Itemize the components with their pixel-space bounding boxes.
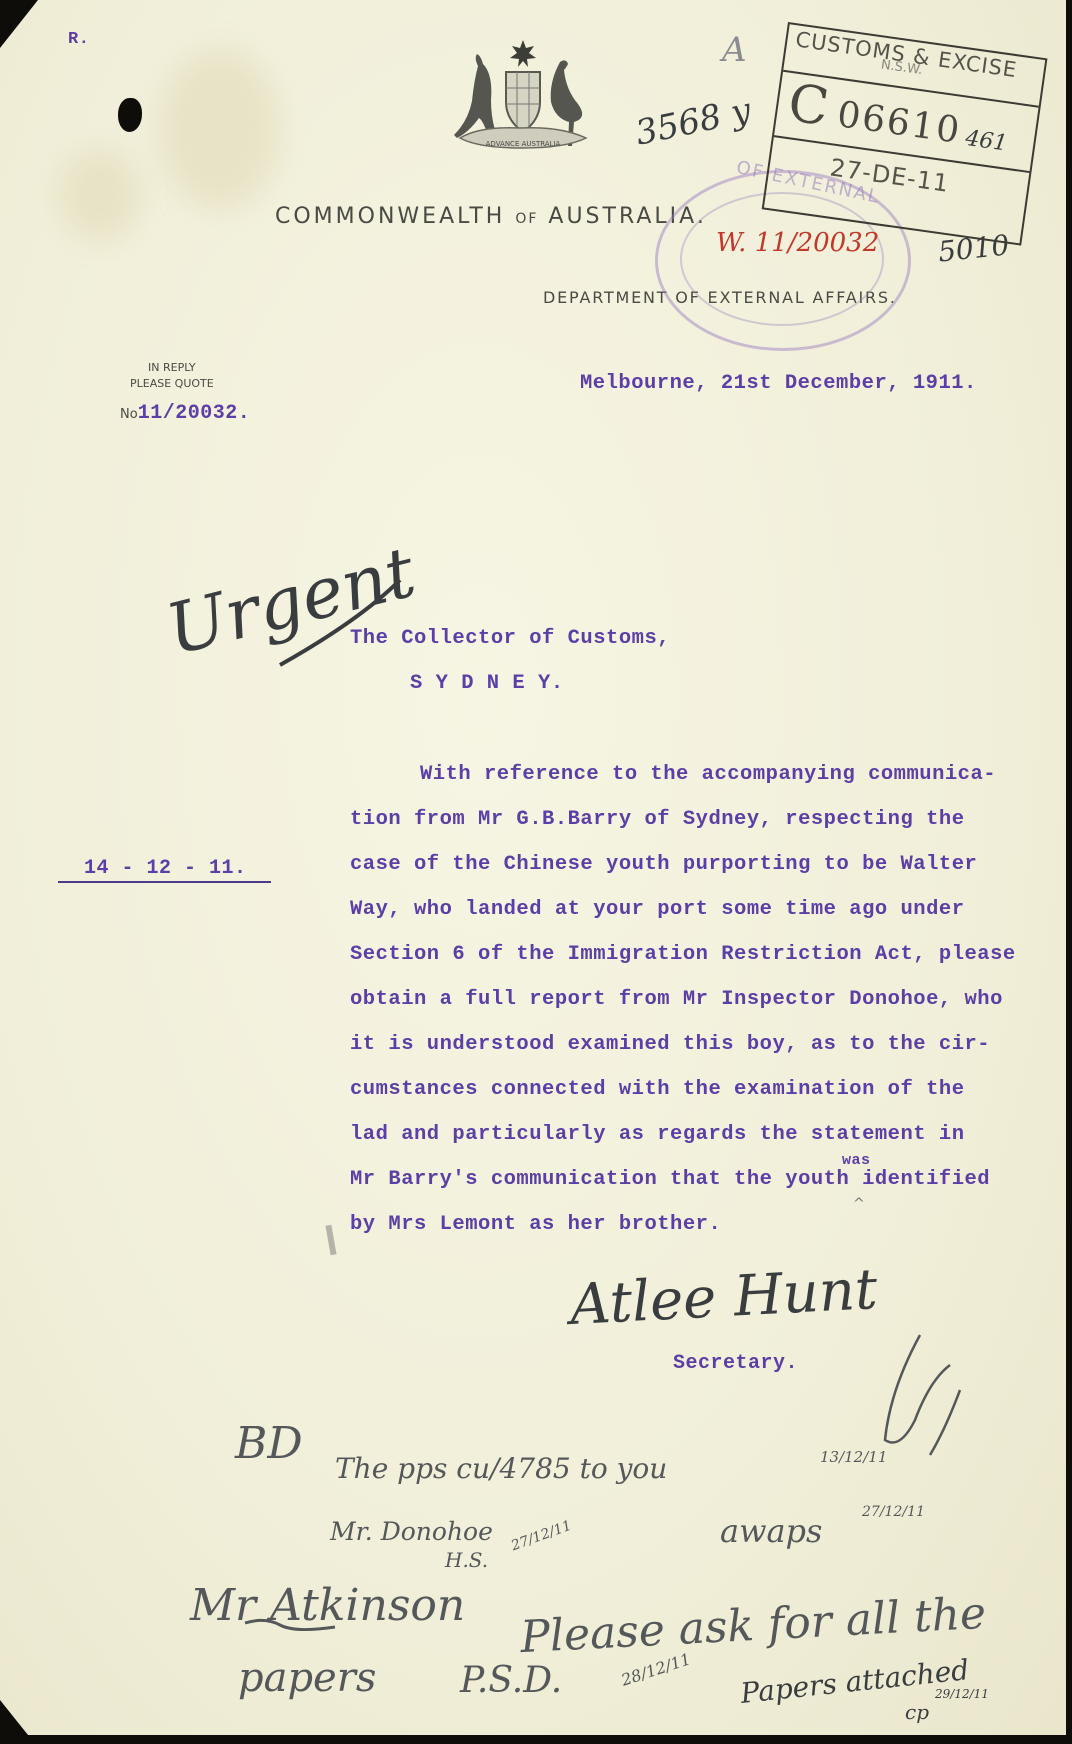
insertion-was: was bbox=[842, 1152, 871, 1169]
body-line: obtain a full report from Mr Inspector D… bbox=[350, 988, 1003, 1011]
reply-label-1: IN REPLY bbox=[148, 361, 196, 374]
note-donohoe: Mr. Donohoe bbox=[330, 1517, 493, 1546]
paper-stain bbox=[60, 150, 140, 240]
atkinson-underline bbox=[240, 1615, 340, 1635]
signatory-title: Secretary. bbox=[673, 1352, 798, 1375]
urgent-underline bbox=[260, 570, 410, 680]
body-line: lad and particularly as regards the stat… bbox=[350, 1123, 965, 1146]
margin-date: 14 - 12 - 11. bbox=[58, 857, 271, 883]
body-line: Section 6 of the Immigration Restriction… bbox=[350, 943, 1016, 966]
body-line: tion from Mr G.B.Barry of Sydney, respec… bbox=[350, 808, 965, 831]
reply-label-2: PLEASE QUOTE bbox=[130, 377, 214, 390]
pencil-mark: A bbox=[722, 30, 747, 70]
note-papers: papers bbox=[238, 1655, 376, 1701]
corner-mark: R. bbox=[68, 30, 89, 49]
body-line: With reference to the accompanying commu… bbox=[420, 763, 996, 786]
svg-text:ADVANCE AUSTRALIA: ADVANCE AUSTRALIA bbox=[486, 140, 561, 148]
paper-stain bbox=[160, 50, 280, 210]
note-awaps: awaps bbox=[720, 1512, 822, 1550]
body-line: by Mrs Lemont as her brother. bbox=[350, 1213, 721, 1236]
body-line: Way, who landed at your port some time a… bbox=[350, 898, 965, 921]
note-pps: The pps cu/4785 to you bbox=[335, 1452, 667, 1485]
body-line: cumstances connected with the examinatio… bbox=[350, 1078, 965, 1101]
red-reference-annotation: W. 11/20032 bbox=[716, 228, 879, 258]
customs-stamp: CUSTOMS & EXCISE N.S.W. C 06610 461 27-D… bbox=[762, 22, 1048, 246]
body-line: case of the Chinese youth purporting to … bbox=[350, 853, 977, 876]
body-line: Mr Barry's communication that the youth … bbox=[350, 1168, 990, 1191]
reply-quote-number: No11/20032. bbox=[120, 402, 250, 425]
addressee-line-2: S Y D N E Y. bbox=[410, 672, 564, 695]
letterhead-commonwealth: COMMONWEALTH OF AUSTRALIA. bbox=[275, 204, 707, 229]
note-attached-date: 29/12/11 bbox=[935, 1688, 957, 1700]
note-bd: BD bbox=[235, 1418, 303, 1469]
note-attached-initials: cp bbox=[905, 1700, 929, 1724]
caret-mark: ^ bbox=[853, 1196, 865, 1212]
note-papers-initials: P.S.D. bbox=[460, 1660, 562, 1701]
signature-flourish bbox=[860, 1330, 970, 1460]
body-line: it is understood examined this boy, as t… bbox=[350, 1033, 990, 1056]
note-pps-date: 13/12/11 bbox=[820, 1450, 850, 1465]
coat-of-arms-icon: ADVANCE AUSTRALIA bbox=[448, 38, 598, 156]
date-line: Melbourne, 21st December, 1911. bbox=[580, 372, 977, 395]
addressee-line-1: The Collector of Customs, bbox=[350, 627, 670, 650]
note-awaps-date: 27/12/11 bbox=[862, 1505, 886, 1520]
note-donohoe-initials: H.S. bbox=[445, 1548, 488, 1572]
